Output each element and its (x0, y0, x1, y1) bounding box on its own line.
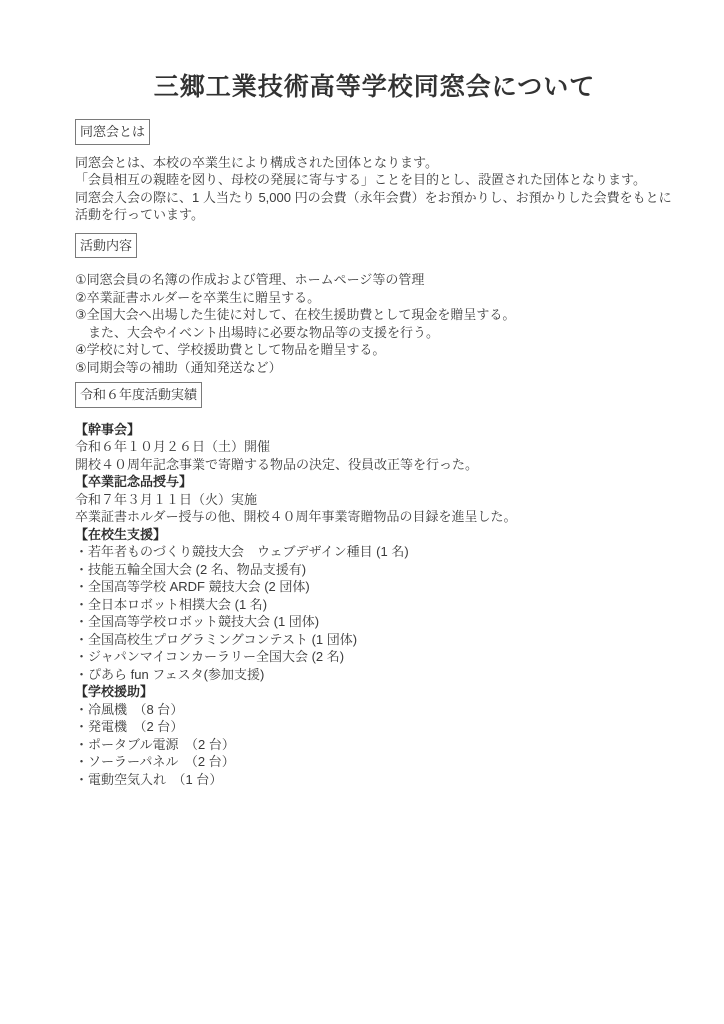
text-line: 開校４０周年記念事業で寄贈する物品の決定、役員改正等を行った。 (75, 456, 674, 474)
text-line: 令和６年１０月２６日（土）開催 (75, 438, 674, 456)
list-item: ・電動空気入れ （1 台） (75, 771, 674, 789)
list-item: ②卒業証書ホルダーを卒業生に贈呈する。 (75, 289, 674, 307)
text-line: 活動を行っています。 (75, 206, 674, 224)
text-line: 令和７年３月１１日（火）実施 (75, 491, 674, 509)
list-item: ⑤同期会等の補助（通知発送など） (75, 359, 674, 377)
page-title: 三郷工業技術高等学校同窓会について (75, 72, 674, 102)
about-paragraph: 同窓会とは、本校の卒業生により構成された団体となります。 「会員相互の親睦を図り… (75, 154, 674, 224)
list-item: ・技能五輪全国大会 (2 名、物品支援有) (75, 561, 674, 579)
list-item: ・全国高校生プログラミングコンテスト (1 団体) (75, 631, 674, 649)
list-item: ・発電機 （2 台） (75, 718, 674, 736)
list-item: ③全国大会へ出場した生徒に対して、在校生援助費として現金を贈呈する。 (75, 306, 674, 324)
subsection-label-kanjikai: 【幹事会】 (75, 421, 674, 439)
results-block: 【幹事会】 令和６年１０月２６日（土）開催 開校４０周年記念事業で寄贈する物品の… (75, 421, 674, 789)
list-item: ・全国高等学校ロボット競技大会 (1 団体) (75, 613, 674, 631)
text-line: 卒業証書ホルダー授与の他、開校４０周年事業寄贈物品の目録を進呈した。 (75, 508, 674, 526)
section-heading-about: 同窓会とは (75, 119, 150, 145)
text-line: 同窓会入会の際に、1 人当たり 5,000 円の会費（永年会費）をお預かりし、お… (75, 189, 674, 207)
activities-list: ①同窓会員の名簿の作成および管理、ホームページ等の管理 ②卒業証書ホルダーを卒業… (75, 271, 674, 376)
list-item: ④学校に対して、学校援助費として物品を贈呈する。 (75, 341, 674, 359)
section-heading-results: 令和６年度活動実績 (75, 382, 202, 408)
list-item: ・若年者ものづくり競技大会 ウェブデザイン種目 (1 名) (75, 543, 674, 561)
list-item: ・全国高等学校 ARDF 競技大会 (2 団体) (75, 578, 674, 596)
subsection-label-gakkouenjo: 【学校援助】 (75, 683, 674, 701)
list-item: ①同窓会員の名簿の作成および管理、ホームページ等の管理 (75, 271, 674, 289)
subsection-label-zaikousei: 【在校生支援】 (75, 526, 674, 544)
text-line: 「会員相互の親睦を図り、母校の発展に寄与する」ことを目的とし、設置された団体とな… (75, 171, 674, 189)
list-item: ・冷風機 （8 台） (75, 701, 674, 719)
section-heading-activities: 活動内容 (75, 233, 137, 259)
list-item: ・ソーラーパネル （2 台） (75, 753, 674, 771)
list-item: ・ぴあら fun フェスタ(参加支援) (75, 666, 674, 684)
list-item: ・ポータブル電源 （2 台） (75, 736, 674, 754)
list-item: ・ジャパンマイコンカーラリー全国大会 (2 名) (75, 648, 674, 666)
document-page: 三郷工業技術高等学校同窓会について 同窓会とは 同窓会とは、本校の卒業生により構… (0, 0, 724, 1024)
list-item: また、大会やイベント出場時に必要な物品等の支援を行う。 (75, 324, 674, 342)
text-line: 同窓会とは、本校の卒業生により構成された団体となります。 (75, 154, 674, 172)
subsection-label-kinenhin: 【卒業記念品授与】 (75, 473, 674, 491)
list-item: ・全日本ロボット相撲大会 (1 名) (75, 596, 674, 614)
